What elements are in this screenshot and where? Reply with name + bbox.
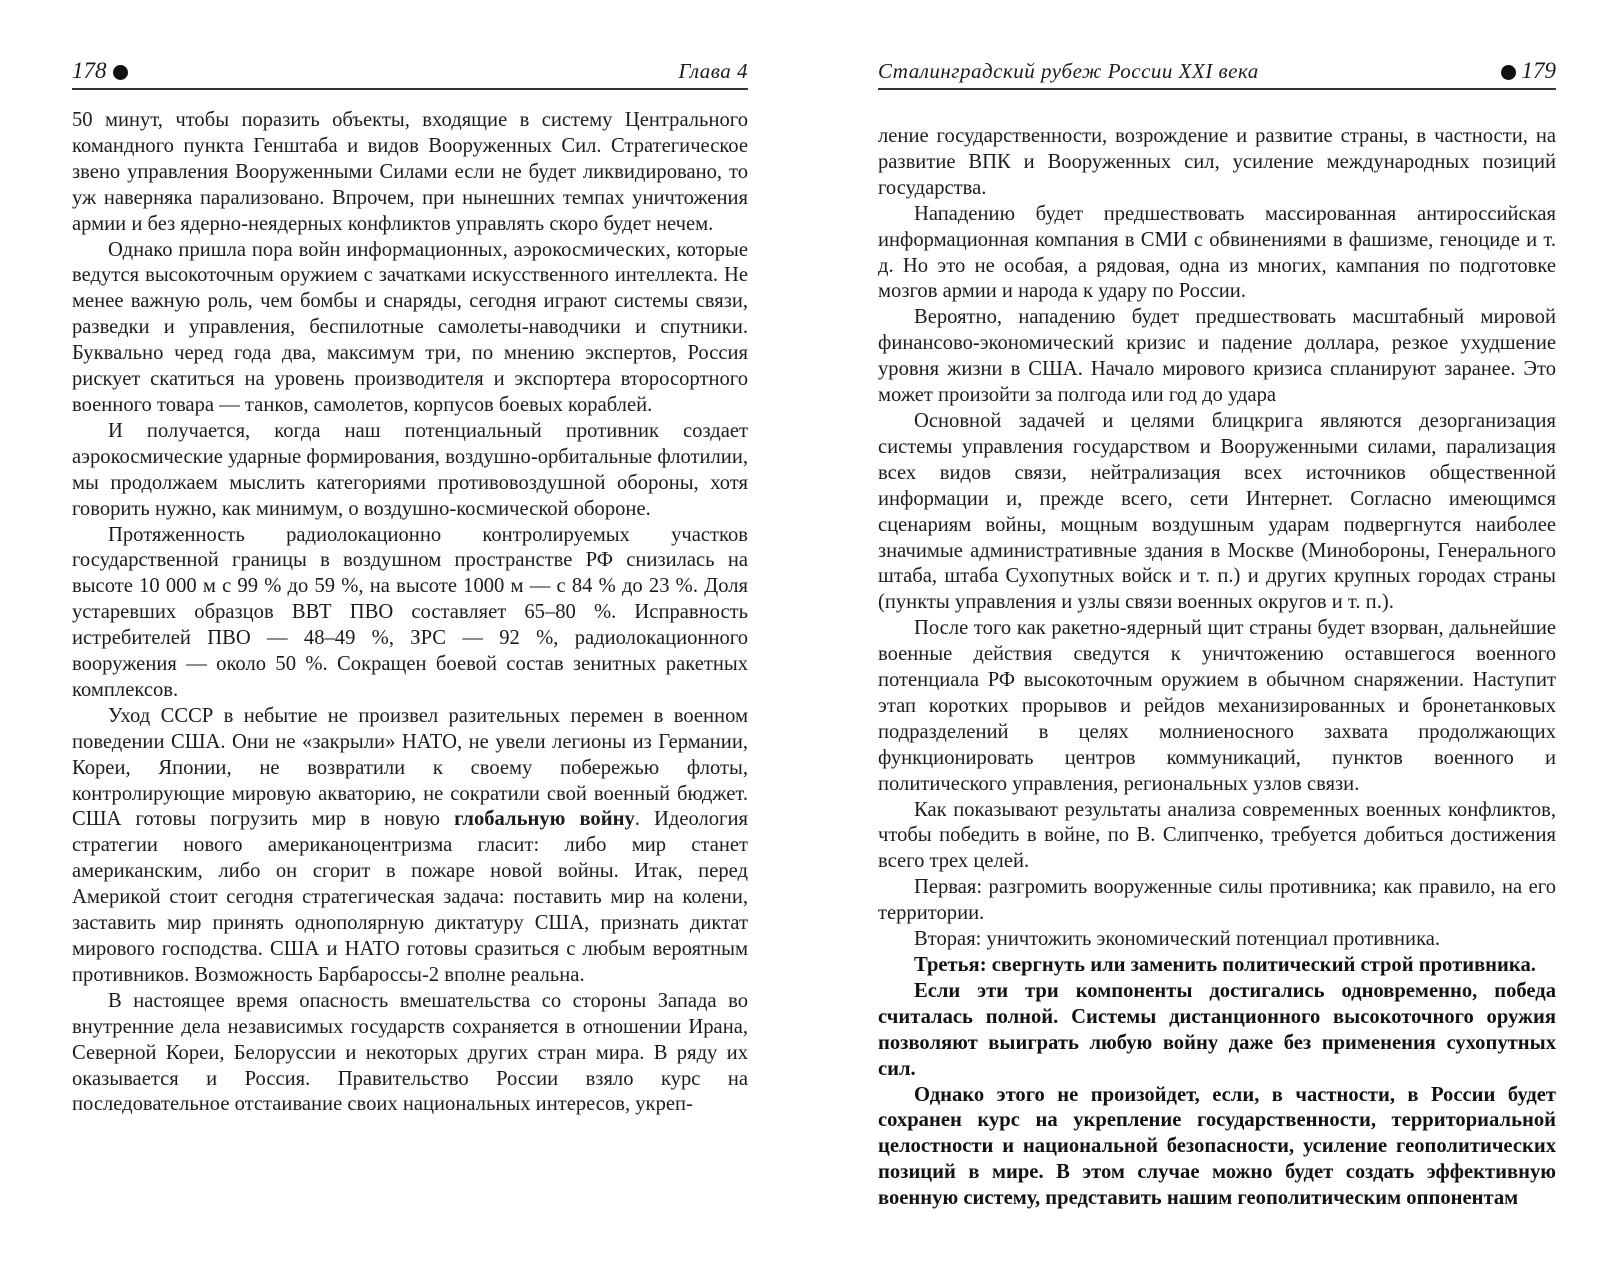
running-title-right: Сталинградский рубеж России XXI века [878, 59, 1259, 84]
paragraph: Протяженность радиолокационно контролиру… [72, 523, 748, 704]
paragraph: Вероятно, нападению будет предшествовать… [878, 305, 1556, 409]
bullet-icon [113, 65, 128, 80]
bold-phrase: глобальную войну [454, 808, 635, 830]
paragraph: После того как ракетно-ядерный щит стран… [878, 616, 1556, 797]
paragraph: Третья: свергнуть или заменить политичес… [878, 953, 1556, 979]
paragraph: Уход СССР в небытие не произвел разитель… [72, 704, 748, 989]
paragraph: Если эти три компоненты достигались одно… [878, 979, 1556, 1083]
running-title-left: Глава 4 [679, 59, 748, 84]
running-head-right: Сталинградский рубеж России XXI века 179 [878, 56, 1556, 90]
paragraph: Основной задачей и целями блицкрига явля… [878, 409, 1556, 616]
paragraph: Как показывают результаты анализа соврем… [878, 798, 1556, 876]
page-number-left: 178 [72, 58, 134, 84]
paragraph: Однако этого не произойдет, если, в част… [878, 1083, 1556, 1213]
running-head-left: 178 Глава 4 [72, 56, 748, 90]
paragraph: ление государственности, возрождение и р… [878, 124, 1556, 202]
paragraph: В настоящее время опасность вмешательств… [72, 989, 748, 1119]
bullet-icon [1501, 65, 1516, 80]
paragraph: И получается, когда наш потенциальный пр… [72, 419, 748, 523]
right-page-body: ление государственности, возрождение и р… [878, 124, 1556, 1212]
paragraph: Первая: разгромить вооруженные силы прот… [878, 875, 1556, 927]
left-page-body: 50 минут, чтобы поразить объекты, входящ… [72, 108, 748, 1118]
paragraph: Однако пришла пора войн информационных, … [72, 238, 748, 419]
page-number-right: 179 [1495, 58, 1557, 84]
paragraph: Нападению будет предшествовать массирова… [878, 202, 1556, 306]
paragraph: Вторая: уничтожить экономический потенци… [878, 927, 1556, 953]
paragraph: 50 минут, чтобы поразить объекты, входящ… [72, 108, 748, 238]
